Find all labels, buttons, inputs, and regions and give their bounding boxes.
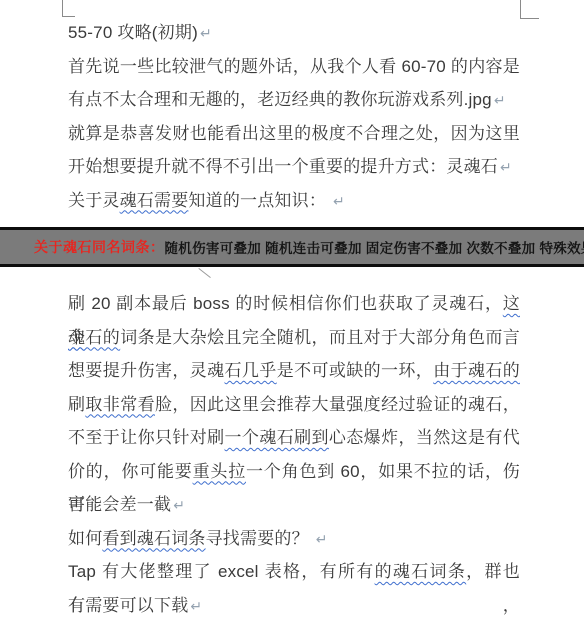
text-segment: 就算是恭喜发财也能看出这里的极度不合理之处，因为这里: [68, 124, 520, 143]
soul-stone-rules-banner-image[interactable]: 关于魂石同名词条：随机伤害可叠加 随机连击可叠加 固定伤害不叠加 次数不叠加 特…: [0, 227, 584, 267]
text-segment: 价的，你可能要: [68, 462, 193, 481]
text-line[interactable]: 如何看到魂石词条寻找需要的？ ↵: [68, 522, 520, 556]
grammar-check-underlined-text: 看到魂石词条: [102, 529, 205, 548]
text-segment: 想要提升伤害，灵魂: [68, 361, 225, 380]
text-segment: 是不可或缺的一环，: [277, 361, 434, 380]
text-line[interactable]: 价的，你可能要重头拉一个角色到 60，如果不拉的话，伤害: [68, 455, 520, 489]
text-line[interactable]: 刷 20 副本最后 boss 的时候相信你们也获取了灵魂石，这个: [68, 287, 520, 321]
text-segment: 知道的一点知识：: [188, 191, 331, 210]
crop-mark-top-left-vertical: [62, 0, 63, 17]
paragraph-mark-icon: ↵: [173, 497, 185, 513]
text-segment: 刷 20 副本最后 boss 的时候相信你们也获取了灵魂石，: [68, 294, 503, 313]
text-segment: 如何: [68, 529, 102, 548]
text-line[interactable]: 想要提升伤害，灵魂石几乎是不可或缺的一环，由于魂石的: [68, 354, 520, 388]
grammar-check-underlined-text: 魂石需要: [120, 191, 189, 210]
text-line[interactable]: 开始想要提升就不得不引出一个重要的提升方式：灵魂石↵: [68, 150, 520, 184]
text-line[interactable]: 55-70 攻略(初期)↵: [68, 16, 520, 50]
text-segment: 不至于让你只针对刷: [68, 428, 225, 447]
text-line[interactable]: 魂石的词条是大杂烩且完全随机，而且对于大部分角色而言: [68, 321, 520, 355]
document-text-upper: 55-70 攻略(初期)↵首先说一些比较泄气的题外话，从我个人看 60-70 的…: [68, 16, 520, 217]
text-line[interactable]: 就算是恭喜发财也能看出这里的极度不合理之处，因为这里: [68, 117, 520, 151]
banner-text: 随机伤害可叠加 随机连击可叠加 固定伤害不叠加 次数不叠加 特殊效果不叠加: [165, 237, 584, 257]
paragraph-mark-icon: ↵: [333, 193, 345, 209]
grammar-check-underlined-text: 取非常看: [85, 395, 155, 414]
text-segment: 刷: [68, 395, 85, 414]
grammar-check-underlined-text: 的魂石词条: [375, 562, 467, 581]
paragraph-mark-icon: ↵: [494, 92, 506, 108]
grammar-check-underlined-text: 石几乎: [225, 361, 277, 380]
grammar-check-underlined-text: 一个魂石刷到: [225, 428, 329, 447]
text-line[interactable]: Tap 有大佬整理了 excel 表格，有所有的魂石词条，群也有，: [68, 555, 520, 589]
text-segment: 关于灵: [68, 191, 120, 210]
crop-mark-top-right-vertical: [520, 0, 521, 19]
text-segment: 55-70 攻略(初期): [68, 23, 198, 42]
text-segment: 有点不太合理和无趣的，老迈经典的教你玩游戏系列.jpg: [68, 90, 492, 109]
text-line[interactable]: 有点不太合理和无趣的，老迈经典的教你玩游戏系列.jpg↵: [68, 83, 520, 117]
text-line[interactable]: 关于灵魂石需要知道的一点知识： ↵: [68, 184, 520, 218]
banner-label: 关于魂石同名词条：: [34, 237, 165, 257]
paragraph-mark-icon: ↵: [500, 159, 512, 175]
crop-mark-top-right-horizontal: [520, 18, 539, 19]
text-segment: 寻找需要的？: [206, 529, 314, 548]
text-segment: 可能会差一截: [68, 495, 171, 514]
text-segment: 有需要可以下载: [68, 596, 188, 615]
text-segment: Tap 有大佬整理了 excel 表格，有所有: [68, 562, 375, 581]
text-segment: 开始想要提升就不得不引出一个重要的提升方式：灵魂石: [68, 157, 498, 176]
text-line[interactable]: 首先说一些比较泄气的题外话，从我个人看 60-70 的内容是: [68, 50, 520, 84]
paragraph-mark-icon: ↵: [190, 598, 202, 614]
text-line[interactable]: 刷取非常看脸，因此这里会推荐大量强度经过验证的魂石，: [68, 388, 520, 422]
paragraph-mark-icon: ↵: [316, 531, 328, 547]
text-segment: 心态爆炸，当然这是有代: [329, 428, 520, 447]
text-line[interactable]: 不至于让你只针对刷一个魂石刷到心态爆炸，当然这是有代: [68, 421, 520, 455]
document-text-lower: 刷 20 副本最后 boss 的时候相信你们也获取了灵魂石，这个魂石的词条是大杂…: [68, 287, 520, 622]
text-segment: 脸，因此这里会推荐大量强度经过验证的魂石，: [155, 395, 520, 414]
grammar-check-underlined-text: 重头拉: [193, 462, 246, 481]
text-segment: 首先说一些比较泄气的题外话，从我个人看 60-70 的内容是: [68, 57, 520, 76]
text-line[interactable]: 可能会差一截↵: [68, 488, 520, 522]
grammar-check-underlined-text: 由于魂石的: [433, 361, 520, 380]
banner-scratch-artifact: [198, 268, 210, 278]
paragraph-mark-icon: ↵: [200, 25, 212, 41]
text-segment: 词条是大杂烩且完全随机，而且对于大部分角色而言: [120, 328, 520, 347]
grammar-check-underlined-text: 魂石的: [68, 328, 120, 347]
